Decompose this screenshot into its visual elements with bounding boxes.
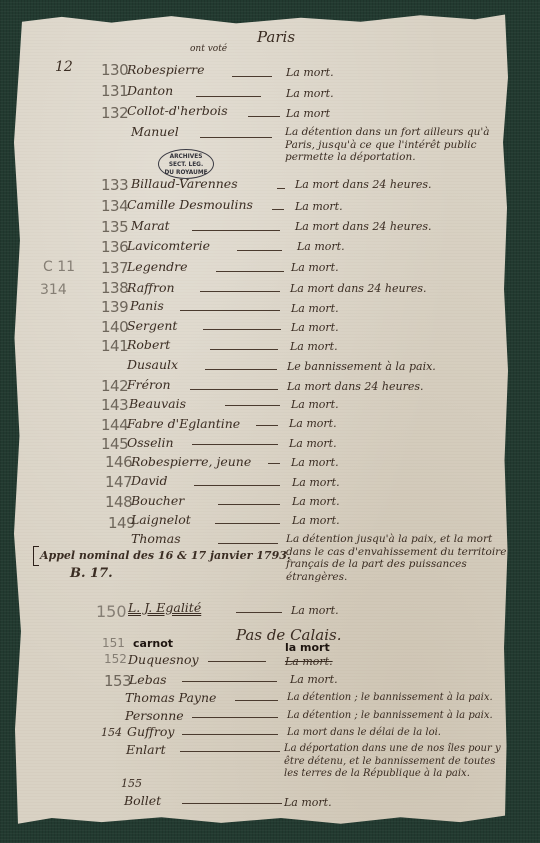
separator-line <box>194 485 280 486</box>
entry-name: Dusaulx <box>127 357 178 372</box>
separator-line <box>237 250 282 251</box>
entry-number: 146 <box>105 453 132 471</box>
heading-paris: Paris <box>257 28 295 46</box>
entry-number: 148 <box>105 493 132 511</box>
separator-line <box>272 209 284 210</box>
entry-vote: La mort. <box>292 495 340 508</box>
separator-line <box>235 700 278 701</box>
separator-line <box>192 717 278 718</box>
entry-name: Danton <box>127 83 173 98</box>
pencil-margin-c11: C 11 <box>43 259 75 275</box>
entry-vote: La mort. <box>292 514 340 527</box>
entry-vote-inserted: la mort <box>285 641 330 654</box>
entry-number: 133 <box>101 176 128 194</box>
entry-name: Panis <box>130 298 164 313</box>
entry-vote: La mort. <box>284 796 332 809</box>
separator-line <box>208 661 266 662</box>
entry-vote: Le bannissement à la paix. <box>287 360 436 373</box>
entry-name: Bollet <box>124 793 161 808</box>
separator-line <box>205 369 277 370</box>
entry-name: Robespierre, jeune <box>131 454 251 469</box>
separator-line <box>277 188 285 189</box>
entry-vote: La mort. <box>291 456 339 469</box>
entry-name: Robert <box>127 337 170 352</box>
separator-line <box>182 734 278 735</box>
entry-name: Osselin <box>127 435 174 450</box>
entry-name: Marat <box>131 218 170 233</box>
entry-number: 151 <box>102 636 125 650</box>
separator-line <box>192 230 280 231</box>
entry-name: Duquesnoy <box>128 652 199 667</box>
entry-number: 141 <box>101 337 128 355</box>
separator-line <box>248 116 280 117</box>
entry-vote: La mort <box>286 107 330 120</box>
separator-line <box>182 803 282 804</box>
entry-number: 131 <box>101 82 128 100</box>
separator-line <box>216 271 284 272</box>
entry-vote: La mort dans 24 heures. <box>287 380 424 393</box>
entry-name: Billaud-Varennes <box>131 176 238 191</box>
entry-vote: La mort. <box>285 655 333 668</box>
entry-number: 139 <box>101 298 128 316</box>
entry-number: 137 <box>101 259 128 277</box>
entry-number: 140 <box>101 318 128 336</box>
separator-line <box>203 329 281 330</box>
entry-vote: La mort dans 24 heures. <box>295 220 432 233</box>
separator-line <box>236 612 282 613</box>
entry-name: Laignelot <box>131 512 191 527</box>
entry-number: 130 <box>101 61 128 79</box>
entry-vote: La mort. <box>290 340 338 353</box>
separator-line <box>218 543 278 544</box>
entry-number: 150 <box>96 602 127 621</box>
entry-number: 144 <box>101 416 128 434</box>
entry-vote: La mort. <box>295 200 343 213</box>
entry-number: 132 <box>101 104 128 122</box>
entry-name: David <box>131 473 168 488</box>
entry-vote: La détention jusqu'à la paix, et la mort… <box>286 533 510 583</box>
archives-stamp: ARCHIVES SECT. LEG. DU ROYAUME <box>158 149 214 179</box>
entry-name: Camille Desmoulins <box>127 197 253 212</box>
entry-vote: La mort. <box>289 417 337 430</box>
entry-vote: La détention dans un fort ailleurs qu'à … <box>285 126 510 164</box>
entry-vote: La mort. <box>291 321 339 334</box>
entry-name: Legendre <box>127 259 188 274</box>
entry-vote: La mort dans le délai de la loi. <box>287 727 441 738</box>
entry-name: Fréron <box>127 377 171 392</box>
entry-vote: La mort. <box>291 604 339 617</box>
entry-name: Fabre d'Eglantine <box>127 416 240 431</box>
separator-line <box>225 405 280 406</box>
entry-number: 142 <box>101 377 128 395</box>
margin-page-number: 12 <box>55 59 73 75</box>
entry-vote: La mort dans 24 heures. <box>290 282 427 295</box>
entry-name: Boucher <box>131 493 184 508</box>
separator-line <box>180 310 280 311</box>
entry-name: Beauvais <box>129 396 186 411</box>
entry-name: Raffron <box>127 280 175 295</box>
entry-number: 145 <box>101 435 128 453</box>
entry-name-inserted: Carnot <box>133 637 173 650</box>
entry-name: Manuel <box>131 124 179 139</box>
stamp-line-2: SECT. LEG. <box>159 161 213 169</box>
separator-line <box>200 291 280 292</box>
entry-name: Sergent <box>127 318 177 333</box>
separator-line <box>190 389 278 390</box>
separator-line <box>268 463 280 464</box>
entry-name: Robespierre <box>127 62 205 77</box>
entry-name: Lebas <box>129 672 167 687</box>
entry-name: Thomas Payne <box>125 690 216 705</box>
entry-vote: La mort dans 24 heures. <box>295 178 432 191</box>
separator-line <box>180 751 280 752</box>
entry-vote: La détention ; le bannissement à la paix… <box>287 710 493 721</box>
entry-number: 155 <box>121 777 142 790</box>
entry-number: 136 <box>101 238 128 256</box>
entry-number: 143 <box>101 396 128 414</box>
pencil-margin-314: 314 <box>40 282 67 298</box>
side-note-reference: B. 17. <box>70 566 113 581</box>
entry-vote: La mort. <box>291 398 339 411</box>
entry-number: 134 <box>101 197 128 215</box>
side-note-bracket <box>33 546 39 566</box>
entry-number: 152 <box>104 652 127 666</box>
entry-vote: La mort. <box>297 240 345 253</box>
side-note-appel-nominal: Appel nominal des 16 & 17 janvier 1793. <box>40 549 291 562</box>
entry-name: L. J. Egalité <box>128 600 201 615</box>
separator-line <box>218 504 280 505</box>
separator-line <box>196 96 261 97</box>
entry-vote: La mort. <box>291 261 339 274</box>
separator-line <box>210 349 278 350</box>
entry-name: Guffroy <box>127 724 174 739</box>
stamp-line-1: ARCHIVES <box>159 153 213 161</box>
separator-line <box>200 137 272 138</box>
entry-vote: La déportation dans une de nos îles pour… <box>284 743 512 781</box>
entry-number: 154 <box>101 726 122 739</box>
entry-vote: La détention ; le bannissement à la paix… <box>287 692 493 703</box>
separator-line <box>192 444 278 445</box>
entry-vote: La mort. <box>286 87 334 100</box>
separator-line <box>182 681 277 682</box>
entry-number: 147 <box>105 473 132 491</box>
entry-vote: La mort. <box>292 476 340 489</box>
entry-number: 153 <box>104 672 131 690</box>
entry-vote: La mort. <box>290 673 338 686</box>
entry-name: Enlart <box>126 742 166 757</box>
entry-name: Collot-d'herbois <box>127 103 228 118</box>
entry-number: 135 <box>101 218 128 236</box>
entry-vote: La mort. <box>291 302 339 315</box>
entry-vote: La mort. <box>289 437 337 450</box>
subheading-ont-vote: ont voté <box>190 44 227 54</box>
entry-name: Thomas <box>131 531 181 546</box>
separator-line <box>215 523 280 524</box>
entry-name: Lavicomterie <box>127 238 210 253</box>
separator-line <box>256 425 278 426</box>
separator-line <box>232 76 272 77</box>
entry-number: 138 <box>101 279 128 297</box>
entry-vote: La mort. <box>286 66 334 79</box>
entry-name: Personne <box>125 708 184 723</box>
